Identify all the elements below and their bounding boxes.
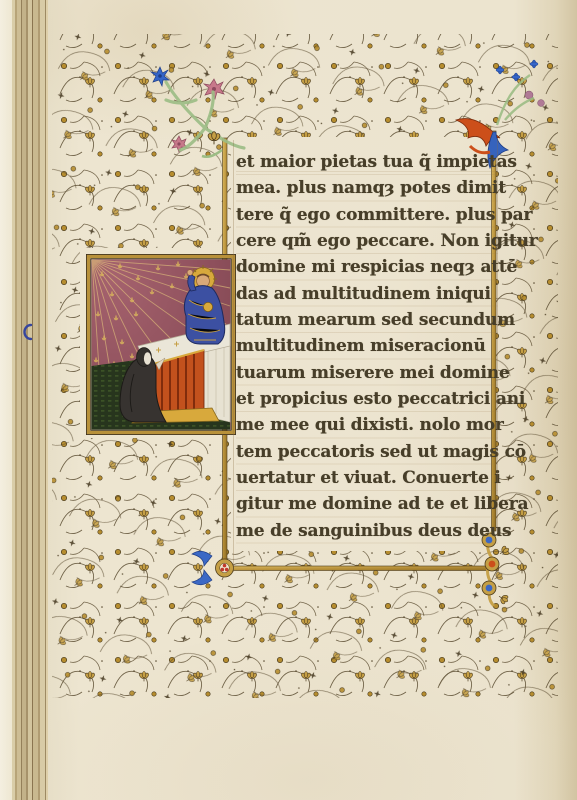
text-line: et propicius esto peccatrici ani xyxy=(236,386,498,412)
text-line: gitur me domine ad te et libera xyxy=(236,491,498,517)
text-line: cere qm̃ ego peccare. Non igitur xyxy=(236,228,498,254)
text-line: domine mi respicias neqȝ attē xyxy=(236,254,498,280)
text-line: tere q̃ ego committere. plus par xyxy=(236,202,498,228)
text-line: multitudinem miseracionū xyxy=(236,333,498,359)
latin-text-block: et maior pietas tua q̃ impietas mea. plu… xyxy=(236,149,498,547)
text-line: uertatur et viuat. Conuerte i xyxy=(236,465,498,491)
text-line: me de sanguinibus deus deus xyxy=(236,518,498,544)
text-line: et maior pietas tua q̃ impietas xyxy=(236,149,498,175)
text-line: me mee qui dixisti. nolo mor xyxy=(236,412,498,438)
ruling-line-left xyxy=(233,140,234,572)
blue-pen-mark xyxy=(20,322,36,342)
text-line: tatum mearum sed secundum xyxy=(236,307,498,333)
text-line: mea. plus namqȝ potes dimit xyxy=(236,175,498,201)
miniature-devotional-scene xyxy=(86,254,236,435)
text-line: das ad multitudinem iniqui xyxy=(236,281,498,307)
manuscript-photo: et maior pietas tua q̃ impietas mea. plu… xyxy=(0,0,577,800)
text-line: tem peccatoris sed ut magis cō xyxy=(236,439,498,465)
gold-orb xyxy=(203,302,212,311)
nun-white-wimple xyxy=(144,352,151,364)
text-line: tuarum miserere mei domine xyxy=(236,360,498,386)
ruling-line-right xyxy=(497,140,498,536)
god-blessing-hand xyxy=(187,270,193,276)
